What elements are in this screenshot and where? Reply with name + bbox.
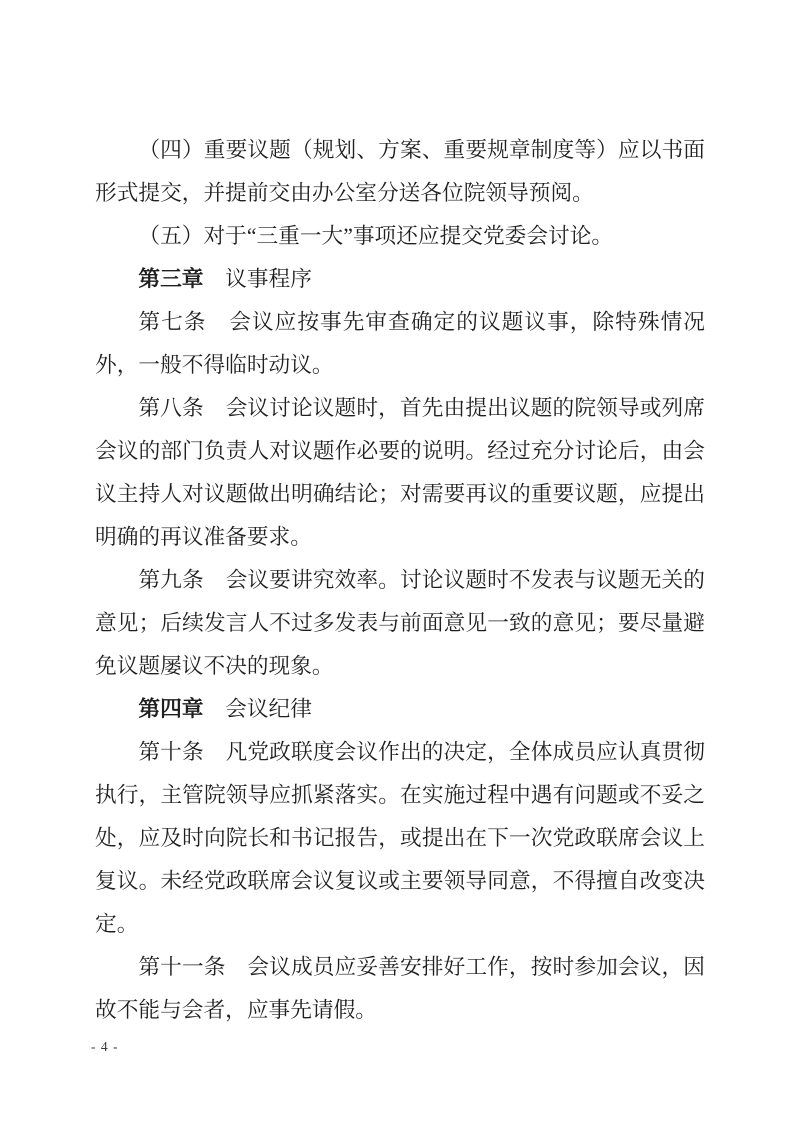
paragraph: 第九条 会议要讲究效率。讨论议题时不发表与议题无关的意见；后续发言人不过多发表与…: [95, 559, 705, 688]
paragraph: 第十条 凡党政联度会议作出的决定，全体成员应认真贯彻执行，主管院领导应抓紧落实。…: [95, 731, 705, 946]
paragraph: （四）重要议题（规划、方案、重要规章制度等）应以书面形式提交，并提前交由办公室分…: [95, 129, 705, 215]
text-run: 议事程序: [203, 267, 311, 291]
page-footer: - 4 -: [91, 1038, 119, 1056]
text-run: 第十条 凡党政联度会议作出的决定，全体成员应认真贯彻执行，主管院领导应抓紧落实。…: [95, 740, 705, 936]
bold-text-run: 第三章: [138, 267, 203, 291]
page-number: - 4 -: [91, 1039, 119, 1054]
text-run: （四）重要议题（规划、方案、重要规章制度等）应以书面形式提交，并提前交由办公室分…: [95, 138, 705, 205]
text-run: （五）对于“三重一大”事项还应提交党委会讨论。: [138, 224, 613, 248]
document-page: （四）重要议题（规划、方案、重要规章制度等）应以书面形式提交，并提前交由办公室分…: [0, 0, 793, 1122]
text-run: 第七条 会议应按事先审查确定的议题议事，除特殊情况外，一般不得临时动议。: [95, 310, 705, 377]
paragraph: （五）对于“三重一大”事项还应提交党委会讨论。: [95, 215, 705, 258]
paragraph: 第四章 会议纪律: [95, 688, 705, 731]
paragraph: 第三章 议事程序: [95, 258, 705, 301]
paragraph: 第七条 会议应按事先审查确定的议题议事，除特殊情况外，一般不得临时动议。: [95, 301, 705, 387]
paragraph: 第八条 会议讨论议题时，首先由提出议题的院领导或列席会议的部门负责人对议题作必要…: [95, 387, 705, 559]
text-run: 第十一条 会议成员应妥善安排好工作，按时参加会议，因故不能与会者，应事先请假。: [95, 955, 705, 1022]
document-body: （四）重要议题（规划、方案、重要规章制度等）应以书面形式提交，并提前交由办公室分…: [95, 129, 705, 1032]
text-run: 会议纪律: [203, 697, 311, 721]
paragraph: 第十一条 会议成员应妥善安排好工作，按时参加会议，因故不能与会者，应事先请假。: [95, 946, 705, 1032]
bold-text-run: 第四章: [138, 697, 203, 721]
text-run: 第八条 会议讨论议题时，首先由提出议题的院领导或列席会议的部门负责人对议题作必要…: [95, 396, 705, 549]
text-run: 第九条 会议要讲究效率。讨论议题时不发表与议题无关的意见；后续发言人不过多发表与…: [95, 568, 705, 678]
